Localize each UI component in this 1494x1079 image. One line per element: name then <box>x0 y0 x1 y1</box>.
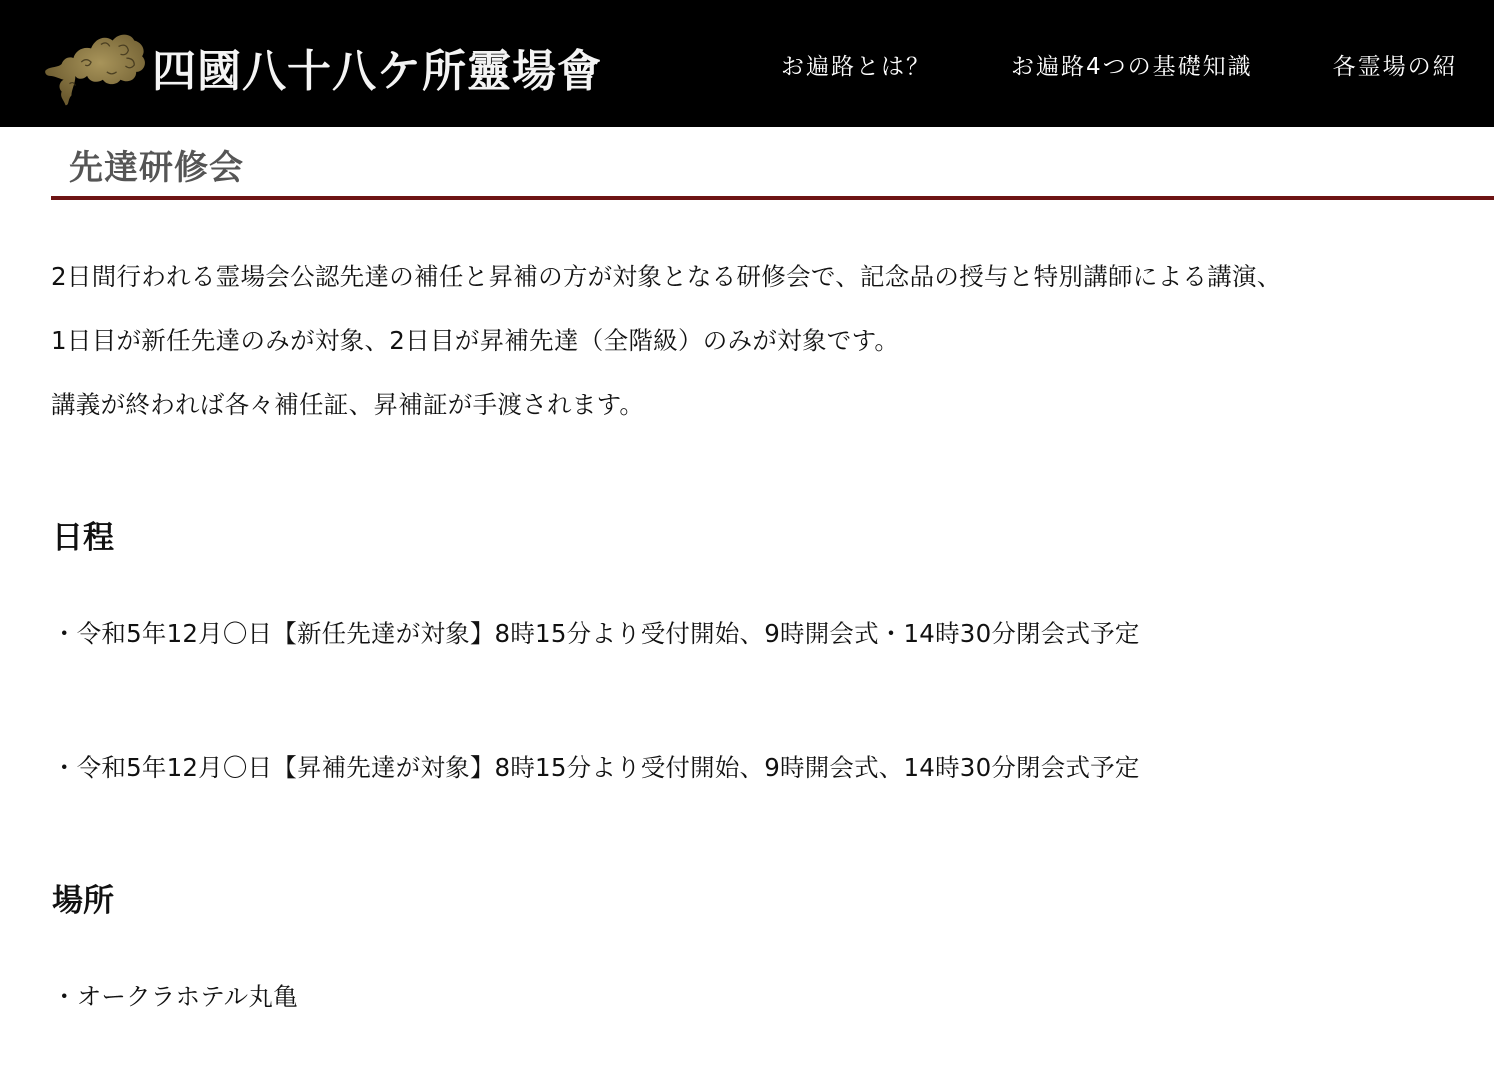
intro-paragraph-1: 2日間行われる霊場会公認先達の補任と昇補の方が対象となる研修会で、記念品の授与と… <box>51 258 1282 293</box>
shikoku-cloud-emblem-icon <box>42 26 148 108</box>
nav-item-four-basics[interactable]: お遍路4つの基礎知識 <box>1011 48 1253 81</box>
section-heading-location: 場所 <box>52 875 114 920</box>
schedule-item-new-sendatsu: ・令和5年12月〇日【新任先達が対象】8時15分より受付開始、9時開会式・14時… <box>52 615 1140 650</box>
main-nav: お遍路とは？ お遍路4つの基礎知識 各霊場の紹 <box>781 44 1458 84</box>
intro-paragraph-3: 講義が終われば各々補任証、昇補証が手渡されます。 <box>51 386 644 421</box>
site-header: 四國八十八ケ所靈場會 お遍路とは？ お遍路4つの基礎知識 各霊場の紹 <box>0 0 1494 127</box>
schedule-item-promotion-sendatsu: ・令和5年12月〇日【昇補先達が対象】8時15分より受付開始、9時開会式、14時… <box>52 749 1140 784</box>
logo-wordmark: 四國八十八ケ所靈場會 <box>152 35 602 99</box>
location-item-venue: ・オークラホテル丸亀 <box>52 978 298 1013</box>
site-logo[interactable]: 四國八十八ケ所靈場會 <box>42 26 602 108</box>
nav-item-about-ohenro[interactable]: お遍路とは？ <box>781 48 931 81</box>
page-title: 先達研修会 <box>69 140 244 189</box>
nav-item-temples-intro[interactable]: 各霊場の紹 <box>1333 48 1458 81</box>
title-divider <box>51 196 1494 200</box>
intro-paragraph-2: 1日目が新任先達のみが対象、2日目が昇補先達（全階級）のみが対象です。 <box>51 322 899 357</box>
section-heading-schedule: 日程 <box>52 512 114 557</box>
